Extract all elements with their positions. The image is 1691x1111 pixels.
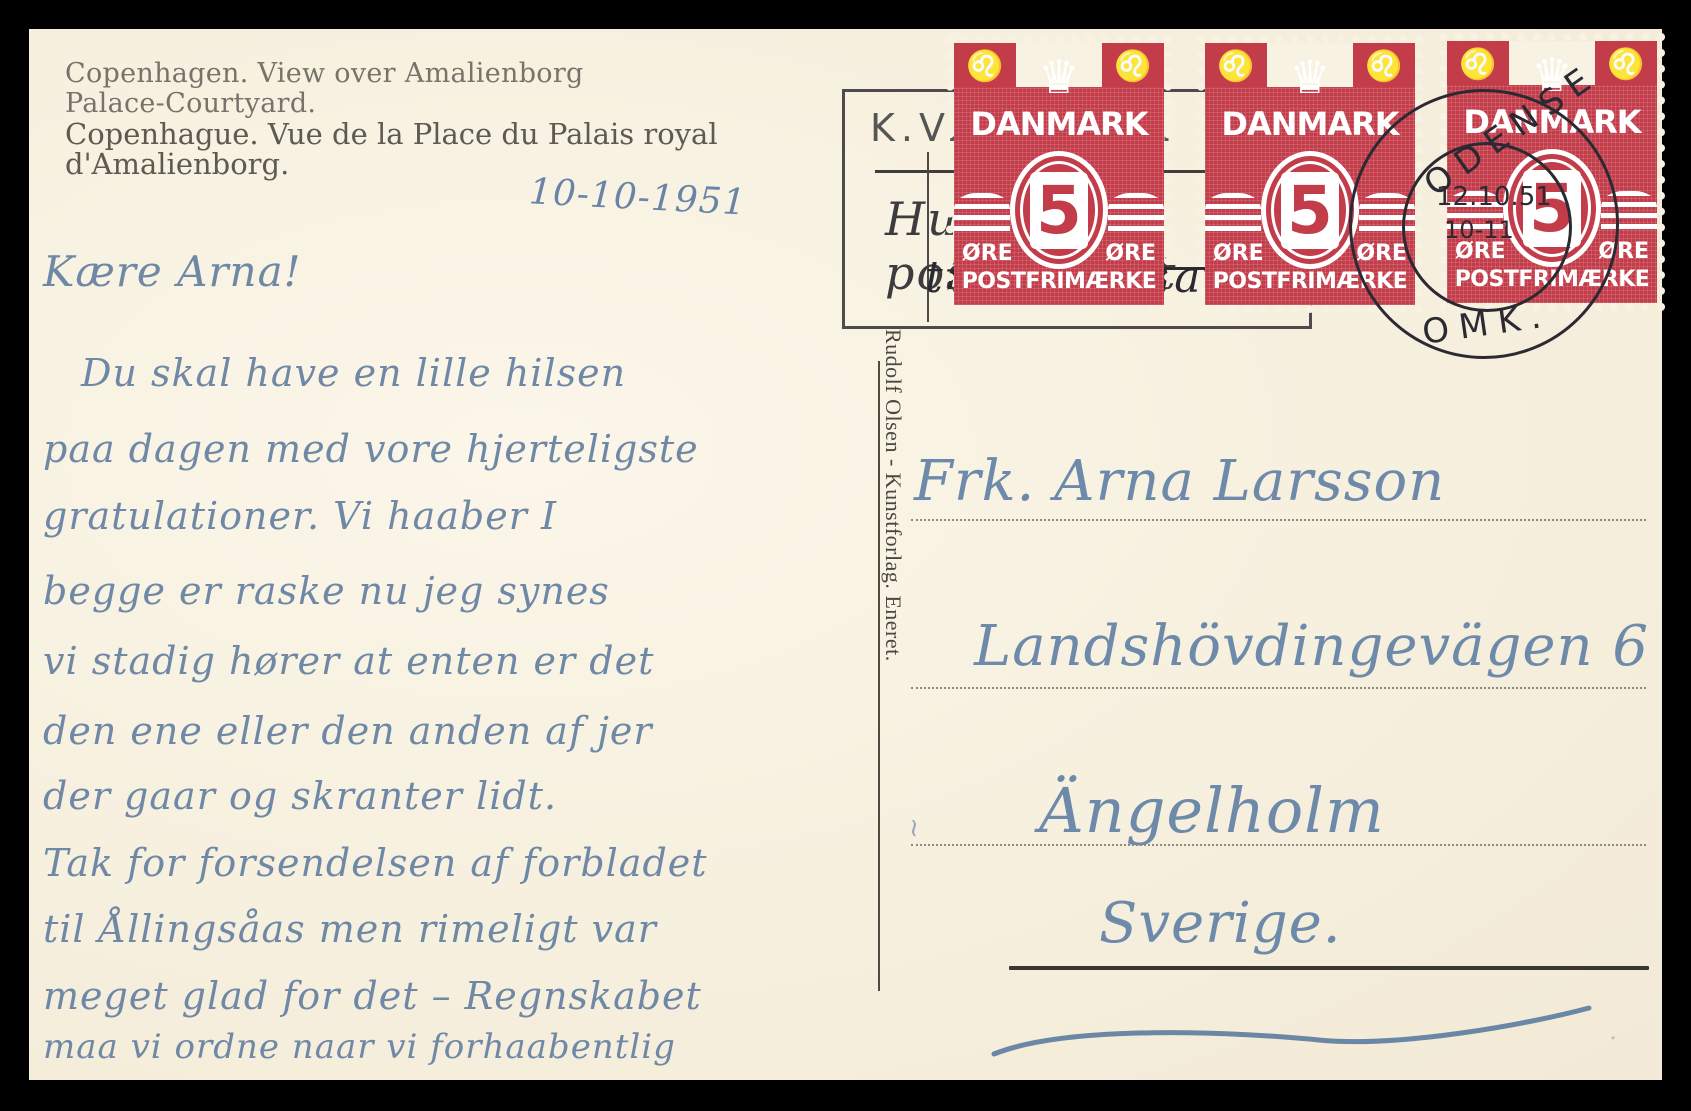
postmark-date: 12.10.51 (1436, 182, 1552, 212)
postmark-time: 10-11 (1444, 216, 1514, 244)
printed-caption: Copenhagen. View over Amalienborg Palace… (65, 59, 718, 179)
stamp: ♌ ♌ ♛ DANMARK 5 ØRE ØRE POSTFRIMÆRKE (954, 43, 1164, 305)
caption-english-line-2: Palace-Courtyard. (65, 89, 718, 119)
message-line: begge er raske nu jeg synes (43, 569, 610, 613)
message-greeting: Kære Arna! (43, 247, 302, 296)
address-dotted-line (911, 844, 1646, 846)
stamp-value: 5 (1030, 172, 1088, 249)
address-line-1: Frk. Arna Larsson (914, 449, 1445, 514)
message-line: der gaar og skranter lidt. (43, 774, 557, 818)
caption-french-line-2: d'Amalienborg. (65, 149, 718, 179)
caption-english-line-1: Copenhagen. View over Amalienborg (65, 59, 718, 89)
handwritten-date: 10-10-1951 (528, 171, 747, 223)
address-dotted-line (911, 519, 1646, 521)
lion-icon: ♌ (1453, 47, 1503, 83)
crown-icon: ♛ (1277, 53, 1343, 103)
address-dotted-line (911, 687, 1646, 689)
wave-icon (954, 193, 1010, 233)
postcard-back: Copenhagen. View over Amalienborg Palace… (29, 29, 1662, 1080)
postmark-suffix: OMK. (1420, 295, 1554, 353)
message-line: paa dagen med vore hjerteligste (43, 427, 699, 471)
stamp-label: POSTFRIMÆRKE (954, 269, 1164, 294)
message-line: meget glad for det – Regnskabet (43, 974, 702, 1018)
pencil-annotation: ~ (899, 817, 929, 839)
wave-icon (1108, 193, 1164, 233)
stamp-unit: ØRE (962, 241, 1013, 266)
lion-icon: ♌ (960, 49, 1010, 85)
lion-icon: ♌ (1108, 49, 1158, 85)
message-line: Tak for forsendelsen af forbladet (43, 841, 708, 885)
stamp-value: 5 (1281, 172, 1339, 249)
address-underline (1009, 966, 1649, 970)
address-line-2: Landshövdingevägen 6 (974, 614, 1649, 679)
stamp-unit: ØRE (1105, 241, 1156, 266)
message-line: til Ållingsåas men rimeligt var (43, 907, 657, 951)
value-oval: 5 (1261, 151, 1359, 269)
caption-french-line-1: Copenhague. Vue de la Place du Palais ro… (65, 119, 718, 149)
value-oval: 5 (1010, 151, 1108, 269)
pencil-corner-mark: · (1609, 1024, 1617, 1054)
message-line: vi stadig hører at enten er det (43, 639, 654, 683)
stamp-unit: ØRE (1213, 241, 1264, 266)
message-line: den ene eller den anden af jer (43, 709, 653, 753)
crown-icon: ♛ (1026, 53, 1092, 103)
address-line-4: Sverige. (1099, 891, 1342, 956)
lion-icon: ♌ (1601, 47, 1651, 83)
publisher-imprint: Rudolf Olsen - Kunstforlag. Eneret. (880, 329, 906, 662)
stamp-country: DANMARK (954, 105, 1164, 143)
wave-icon (1205, 193, 1261, 233)
address-line-3: Ängelholm (1039, 774, 1385, 847)
lion-icon: ♌ (1211, 49, 1261, 85)
handwritten-flourish (989, 1004, 1609, 1064)
lion-icon: ♌ (1359, 49, 1409, 85)
circular-postmark: ODENSE OMK. 12.10.51 10-11 (1349, 89, 1619, 359)
message-line: Du skal have en lille hilsen (81, 351, 626, 395)
message-line: gratulationer. Vi haaber I (43, 494, 557, 538)
